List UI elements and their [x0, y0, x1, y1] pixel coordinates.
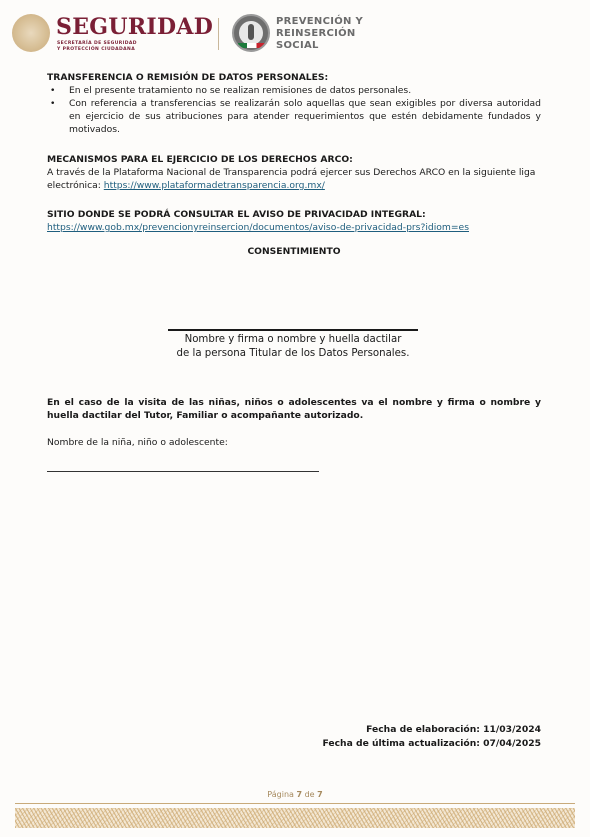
org-name: PREVENCIÓN Y REINSERCIÓN SOCIAL [276, 16, 363, 52]
consent-heading: CONSENTIMIENTO [47, 245, 541, 258]
transfer-heading: TRANSFERENCIA O REMISIÓN DE DATOS PERSON… [47, 71, 541, 84]
created-date: Fecha de elaboración: 11/03/2024 [322, 723, 541, 737]
minors-notice: En el caso de la visita de las niñas, ni… [47, 396, 541, 422]
national-seal-icon [12, 14, 50, 52]
transfer-list: En el presente tratamiento no se realiza… [47, 84, 541, 136]
document-body: TRANSFERENCIA O REMISIÓN DE DATOS PERSON… [47, 71, 541, 258]
brand-subtitle: SECRETARÍA DE SEGURIDAD Y PROTECCIÓN CIU… [57, 41, 137, 52]
child-name-line [47, 471, 319, 472]
footer-pattern [15, 808, 575, 828]
signature-line [168, 329, 418, 331]
page-number: Página 7 de 7 [0, 790, 590, 799]
privacy-notice-link[interactable]: https://www.gob.mx/prevencionyreinsercio… [47, 222, 469, 233]
arco-heading: MECANISMOS PARA EL EJERCICIO DE LOS DERE… [47, 153, 541, 166]
prs-emblem-icon [232, 14, 270, 52]
signature-caption: Nombre y firma o nombre y huella dactila… [168, 333, 418, 361]
document-dates: Fecha de elaboración: 11/03/2024 Fecha d… [322, 723, 541, 751]
arco-text: A través de la Plataforma Nacional de Tr… [47, 166, 541, 192]
updated-date: Fecha de última actualización: 07/04/202… [322, 737, 541, 751]
brand-title: SEGURIDAD [56, 14, 213, 40]
footer-divider [15, 803, 575, 804]
document-header: SEGURIDAD SECRETARÍA DE SEGURIDAD Y PROT… [12, 12, 372, 56]
child-name-label: Nombre de la niña, niño o adolescente: [47, 437, 228, 448]
header-divider [218, 18, 219, 50]
transparency-link[interactable]: https://www.plataformadetransparencia.or… [104, 180, 325, 191]
list-item: En el presente tratamiento no se realiza… [69, 84, 541, 97]
integral-heading: SITIO DONDE SE PODRÁ CONSULTAR EL AVISO … [47, 208, 541, 221]
list-item: Con referencia a transferencias se reali… [69, 97, 541, 136]
